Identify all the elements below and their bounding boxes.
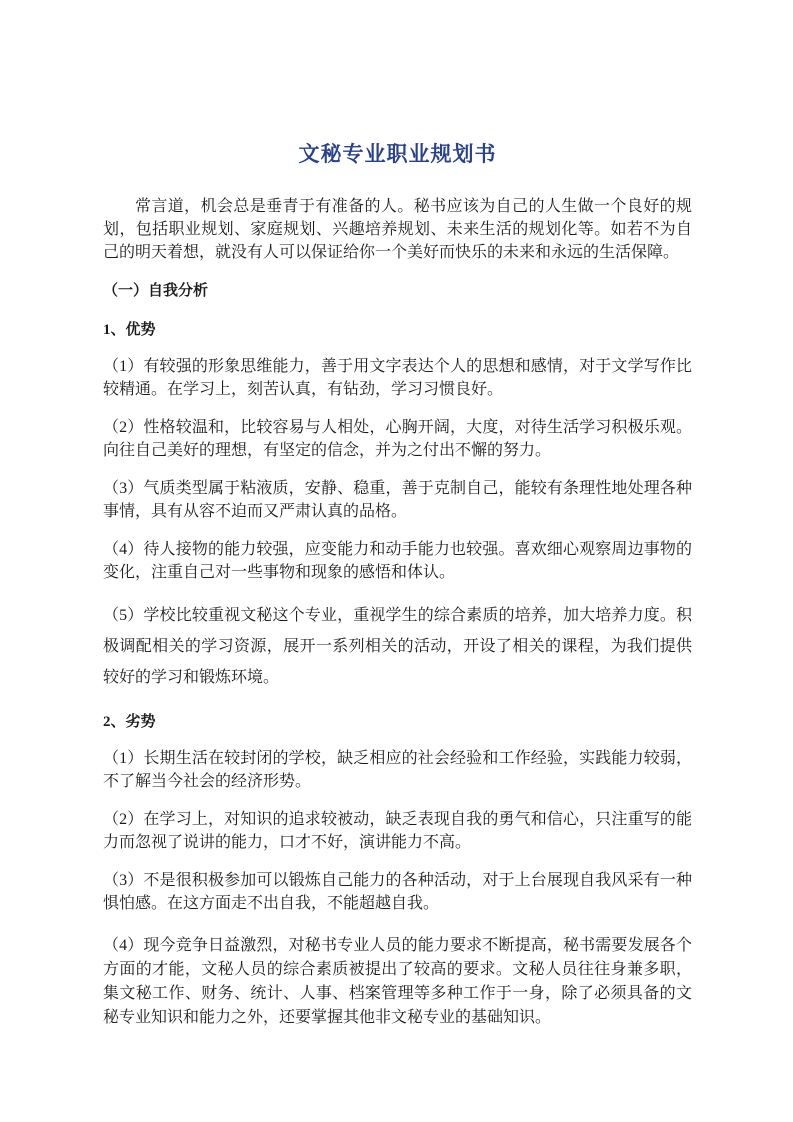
subsection-heading-strengths: 1、优势 (103, 320, 692, 340)
subsection-heading-weaknesses: 2、劣势 (103, 712, 692, 732)
weakness-paragraph-1: （1）长期生活在较封闭的学校，缺乏相应的社会经验和工作经验，实践能力较弱，不了解… (103, 747, 692, 793)
strength-paragraph-2: （2）性格较温和，比较容易与人相处，心胸开阔，大度，对待生活学习积极乐观。向往自… (103, 416, 692, 462)
intro-paragraph: 常言道，机会总是垂青于有准备的人。秘书应该为自己的人生做一个良好的规划，包括职业… (103, 195, 692, 264)
weakness-paragraph-2: （2）在学习上，对知识的追求较被动，缺乏表现自我的勇气和信心，只注重写的能力而忽… (103, 808, 692, 854)
section-heading-self-analysis: （一）自我分析 (103, 281, 692, 301)
document-title: 文秘专业职业规划书 (103, 140, 692, 168)
strength-paragraph-1: （1）有较强的形象思维能力，善于用文字表达个人的思想和感情，对于文学写作比较精通… (103, 355, 692, 401)
weakness-paragraph-4: （4）现今竞争日益激烈，对秘书专业人员的能力要求不断提高，秘书需要发展各个方面的… (103, 934, 692, 1030)
weakness-paragraph-3: （3）不是很积极参加可以锻炼自己能力的各种活动，对于上台展现自我风采有一种惧怕感… (103, 869, 692, 915)
document-page: 文秘专业职业规划书 常言道，机会总是垂青于有准备的人。秘书应该为自己的人生做一个… (0, 0, 793, 1122)
strength-paragraph-3: （3）气质类型属于粘液质，安静、稳重，善于克制自己，能较有条理性地处理各种事情，… (103, 477, 692, 523)
strength-paragraph-4: （4）待人接物的能力较强，应变能力和动手能力也较强。喜欢细心观察周边事物的变化，… (103, 538, 692, 584)
strength-paragraph-5: （5）学校比较重视文秘这个专业，重视学生的综合素质的培养，加大培养力度。积极调配… (103, 600, 692, 693)
